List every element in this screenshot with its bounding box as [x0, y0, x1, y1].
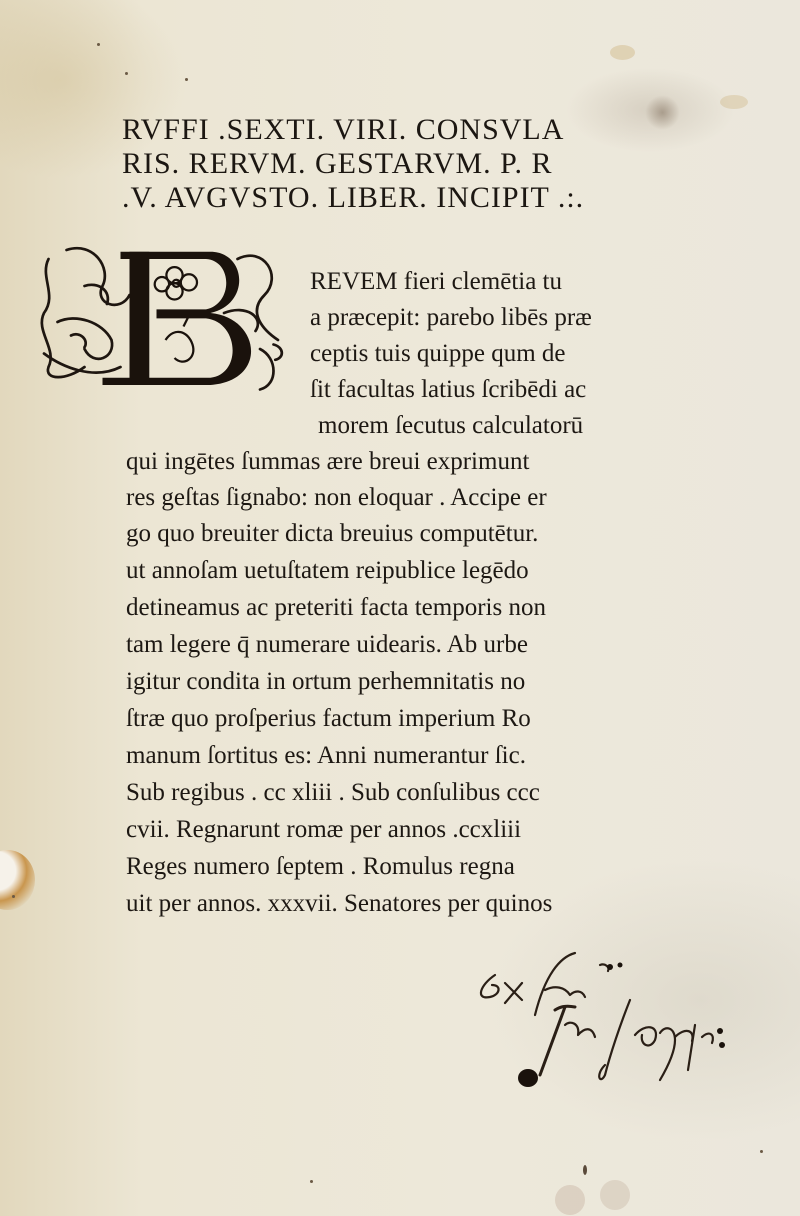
chapter-heading: RVFFI .SEXTI. VIRI. CONSVLA RIS. RERVM. …: [122, 113, 682, 215]
speck: [760, 1150, 763, 1153]
text-line: ceptis tuis quippe qum de: [310, 340, 566, 368]
speck: [185, 78, 188, 81]
speck: [583, 1165, 587, 1175]
floral-initial-icon: [25, 232, 297, 412]
handwritten-provenance-note: ex fr̄ c̄ Fr. Lignati: [470, 945, 770, 1095]
heading-line: RIS. RERVM. GESTARVM. P. R: [122, 147, 682, 181]
foxing-stain: [720, 95, 748, 109]
text-line: cvii. Regnarunt romæ per annos .ccxliii: [126, 816, 521, 844]
speck: [97, 43, 100, 46]
text-line: tam legere q̄ numerare uidearis. Ab urbe: [126, 631, 528, 659]
speck: [310, 1180, 313, 1183]
text-line: a præcepit: parebo libēs præ: [310, 304, 592, 332]
text-line: qui ingētes ſummas ære breui exprimunt: [126, 448, 529, 476]
text-line: Sub regibus . cc xliii . Sub conſulibus …: [126, 779, 540, 807]
text-line: res geſtas ſignabo: non eloquar . Accipe…: [126, 484, 547, 512]
text-line: ſtræ quo proſperius factum imperium Ro: [126, 705, 531, 733]
text-line: uit per annos. xxxvii. Senatores per qui…: [126, 890, 552, 918]
foxing-stain: [610, 45, 635, 60]
speck: [125, 72, 128, 75]
text-line: REVEM fieri clemētia tu: [310, 268, 562, 296]
heading-line: RVFFI .SEXTI. VIRI. CONSVLA: [122, 113, 682, 147]
foxing-stain: [600, 1180, 630, 1210]
handwriting-icon: [470, 945, 770, 1095]
foxing-stain: [555, 1185, 585, 1215]
text-line: igitur condita in ortum perhemnitatis no: [126, 668, 525, 696]
text-line: Reges numero ſeptem . Romulus regna: [126, 853, 515, 881]
text-line: go quo breuiter dicta breuius computētur…: [126, 520, 538, 548]
text-line: ſit facultas latius ſcribēdi ac: [310, 376, 586, 404]
text-line: detineamus ac preteriti facta temporis n…: [126, 594, 546, 622]
speck: [12, 895, 15, 898]
heading-line: .V. AVGVSTO. LIBER. INCIPIT .:.: [122, 181, 682, 215]
text-line: morem ſecutus calculatorū: [318, 412, 583, 440]
paper-damage-stain: [0, 850, 35, 910]
decorated-initial-b: [25, 232, 297, 412]
text-line: ut annoſam uetuſtatem reipublice legēdo: [126, 557, 529, 585]
text-line: manum ſortitus es: Anni numerantur ſic.: [126, 742, 526, 770]
